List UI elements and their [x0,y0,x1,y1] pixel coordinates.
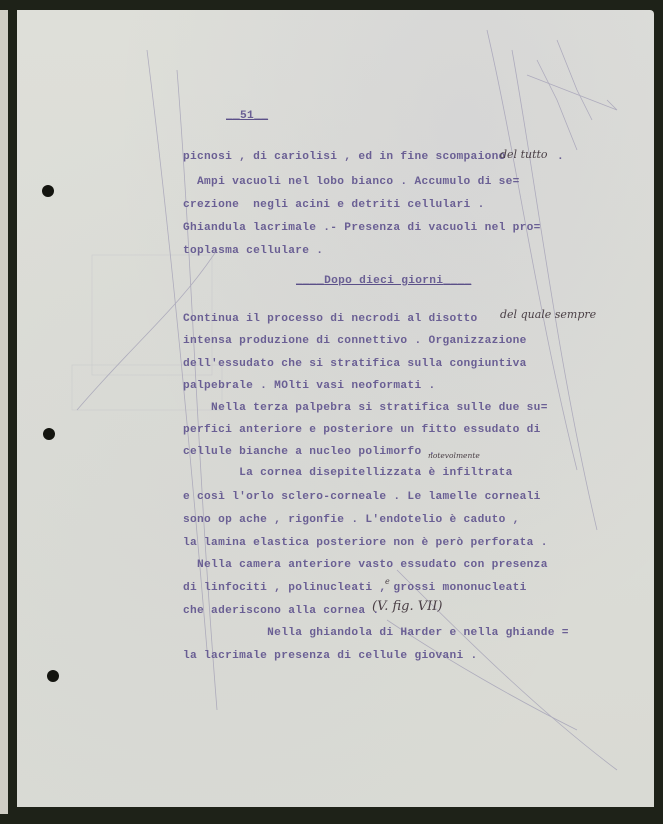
punch-hole [43,428,55,440]
annotation-text: e [385,577,390,586]
handwritten-annotation: e [385,578,390,586]
text-line: toplasma cellulare . [183,246,323,257]
typed-text: che aderiscono alla cornea . [183,605,379,617]
previous-page-edge [0,10,8,814]
text-line: Ghiandula lacrimale .- Presenza di vacuo… [183,223,541,234]
text-line: Nella terza palpebra si stratifica sulle… [183,403,548,414]
punch-hole [42,185,54,197]
typed-text: la lacrimale presenza di cellule giovani… [183,650,478,662]
text-line: sono op ache , rigonfie . L'endotelio è … [183,515,520,526]
page-number-value: 51 [240,110,254,122]
typed-text: sono op ache , rigonfie . L'endotelio è … [183,514,520,526]
typed-text: Ampi vacuoli nel lobo bianco . Accumulo … [183,176,520,188]
section-heading-text: Dopo dieci giorni [324,275,443,287]
handwritten-annotation: del tutto [500,149,548,160]
text-line: crezione negli acini e detriti cellulari… [183,200,485,211]
text-line: Nella ghiandola di Harder e nella ghiand… [183,628,569,639]
typed-text: Ghiandula lacrimale .- Presenza di vacuo… [183,222,541,234]
typed-text: Continua il processo di necrodi al disot… [183,313,478,325]
typed-text: Nella terza palpebra si stratifica sulle… [183,402,548,414]
text-line: dell'essudato che si stratifica sulla co… [183,359,527,370]
typed-text: intensa produzione di connettivo . Organ… [183,335,527,347]
typed-text: crezione negli acini e detriti cellulari… [183,199,485,211]
text-line: Ampi vacuoli nel lobo bianco . Accumulo … [183,177,520,188]
text-line: la lamina elastica posteriore non è però… [183,538,548,549]
typed-text: toplasma cellulare . [183,245,323,257]
text-line: La cornea disepitellizzata è infiltrata [183,468,513,479]
typed-text: e così l'orlo sclero-corneale . Le lamel… [183,491,541,503]
typed-text: Nella ghiandola di Harder e nella ghiand… [183,627,569,639]
typed-text: di linfociti , polinucleati , grossi mon… [183,582,527,594]
typed-text: . [557,151,564,163]
handwritten-annotation: notevolmente [428,452,480,460]
annotation-text: del quale sempre [500,308,596,321]
text-line: Nella camera anteriore vasto essudato co… [183,560,548,571]
text-line: la lacrimale presenza di cellule giovani… [183,651,478,662]
typed-text: perfici anteriore e posteriore un fitto … [183,424,541,436]
typed-text: picnosi , di cariolisi , ed in fine scom… [183,151,506,163]
typed-text: dell'essudato che si stratifica sulla co… [183,358,527,370]
typed-text: la lamina elastica posteriore non è però… [183,537,548,549]
annotation-text: del tutto [500,148,548,161]
punch-hole [47,670,59,682]
text-line: palpebrale . MOlti vasi neoformati . [183,381,436,392]
text-line: di linfociti , polinucleati , grossi mon… [183,583,527,594]
page-number: __51__ [226,111,268,122]
text-line: Continua il processo di necrodi al disot… [183,314,478,325]
text-line: cellule bianche a nucleo polimorfo . [183,447,436,458]
annotation-text: notevolmente [428,451,480,460]
text-line: perfici anteriore e posteriore un fitto … [183,425,541,436]
text-line: intensa produzione di connettivo . Organ… [183,336,527,347]
handwritten-annotation: (V. fig. VII) [372,600,442,613]
handwritten-annotation: del quale sempre [500,309,596,320]
text-line: picnosi , di cariolisi , ed in fine scom… [183,152,506,163]
typed-text: Nella camera anteriore vasto essudato co… [183,559,548,571]
section-heading: ____Dopo dieci giorni____ [296,276,471,287]
typed-text: cellule bianche a nucleo polimorfo . [183,446,436,458]
annotation-text: (V. fig. VII) [372,599,442,614]
typed-text: La cornea disepitellizzata è infiltrata [183,467,513,479]
text-line: e così l'orlo sclero-corneale . Le lamel… [183,492,541,503]
text-line: che aderiscono alla cornea . [183,606,379,617]
text-line: . [557,152,564,163]
typed-text: palpebrale . MOlti vasi neoformati . [183,380,436,392]
